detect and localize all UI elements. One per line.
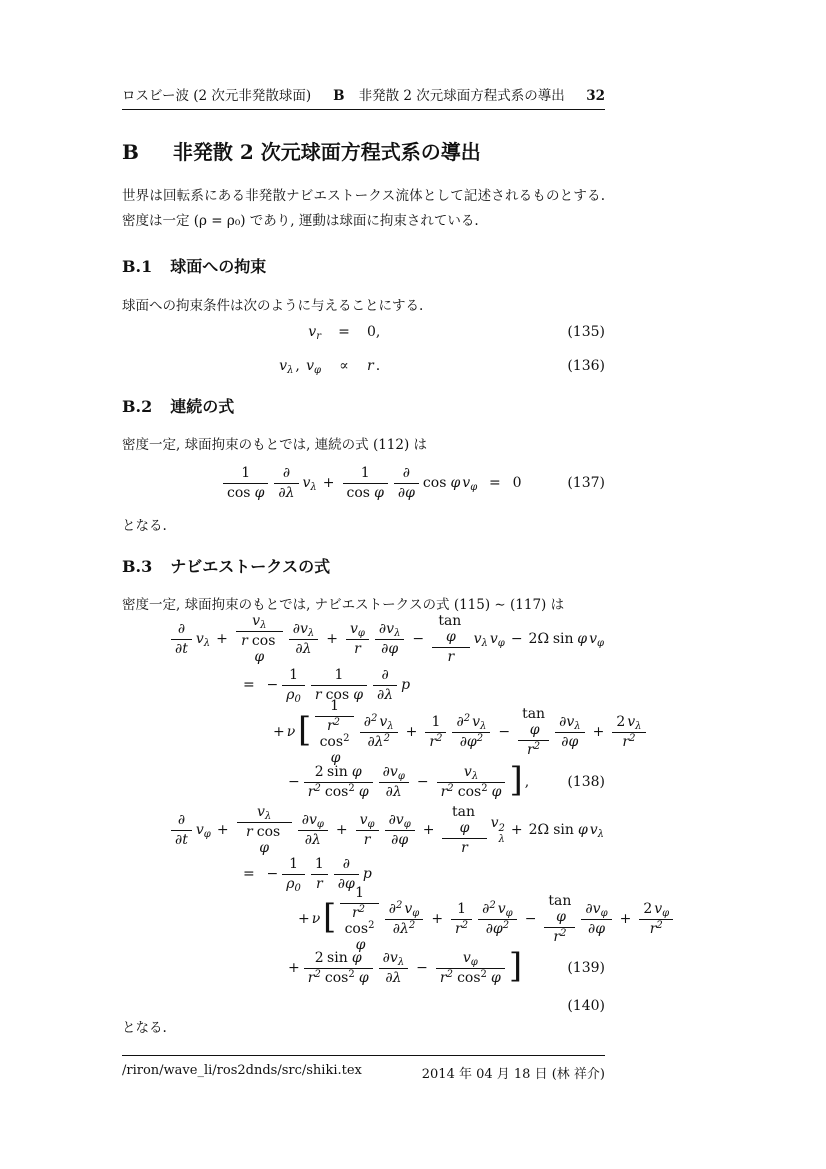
running-header-section-title: 非発散 2 次元球面方程式系の導出 [359, 88, 565, 104]
equation-137-number: (137) [567, 475, 605, 491]
equation-137: 1cosφ∂∂λvλ+1cosφ∂∂φcosφvφ=0 (137) [122, 456, 605, 510]
intro-paragraph: 世界は回転系にある非発散ナビエストークス流体として記述されるものとする. 密度は… [122, 184, 605, 234]
subsection-b3-title: ナビエストークスの式 [170, 557, 330, 576]
subsection-b1-number: B.1 [122, 257, 152, 276]
document-page: ロスビー波 (2 次元非発散球面) B非発散 2 次元球面方程式系の導出 32 … [0, 0, 826, 1169]
equation-139-number: (139) [567, 960, 605, 976]
page-number: 32 [586, 88, 605, 104]
subsection-b1-title: 球面への拘束 [170, 257, 266, 276]
equation-138-line-1-math: ∂∂tvλ+vλrcosφ∂vλ∂λ+vφr∂vλ∂φ−tanφrvλvφ−2Ω… [168, 613, 605, 665]
subsection-b1-heading: B.1球面への拘束 [122, 254, 605, 277]
equation-138-number: (138) [567, 774, 605, 790]
equation-140-number: (140) [567, 998, 605, 1014]
equation-139-line-1: ∂∂tvφ+vλrcosφ∂vφ∂λ+vφr∂vφ∂φ+tanφrv2λ+2Ωs… [122, 808, 605, 852]
running-header: ロスビー波 (2 次元非発散球面) B非発散 2 次元球面方程式系の導出 32 [122, 84, 605, 104]
subsection-b3-heading: B.3ナビエストークスの式 [122, 554, 605, 577]
footer-date-author: 2014 年 04 月 18 日 (林 祥介) [422, 1063, 605, 1082]
equation-136-lhs: vλ,vφ [122, 358, 322, 374]
equation-135-rhs: 0, [366, 324, 381, 340]
after-equation-137-text: となる. [122, 514, 605, 534]
running-header-left: ロスビー波 (2 次元非発散球面) [122, 84, 311, 104]
equation-139-line-3: +ν[1r2cos2φ∂2vφ∂λ2+1r2∂2vφ∂φ2−tanφr2∂vφ∂… [122, 896, 605, 942]
equation-135-relation: = [322, 324, 366, 340]
subsection-b3-number: B.3 [122, 557, 152, 576]
equation-138-line-3: +ν[1r2cos2φ∂2vλ∂λ2+1r2∂2vλ∂φ2−tanφr2∂vλ∂… [122, 708, 605, 756]
equation-139-line-1-math: ∂∂tvφ+vλrcosφ∂vφ∂λ+vφr∂vφ∂φ+tanφrv2λ+2Ωs… [168, 804, 605, 856]
footer-rule [122, 1055, 605, 1056]
footer: /riron/wave_li/ros2dnds/src/shiki.tex 20… [122, 1063, 605, 1082]
running-header-section-label: B [333, 88, 344, 104]
equation-139-line-4: +2sinφr2cos2φ∂vλ∂λ−vφr2cos2φ] (139) [122, 942, 605, 994]
equation-138-line-4: −2sinφr2cos2φ∂vφ∂λ−vλr2cos2φ], (138) [122, 756, 605, 808]
equation-138-line-1: ∂∂tvλ+vλrcosφ∂vλ∂λ+vφr∂vλ∂φ−tanφrvλvφ−2Ω… [122, 616, 605, 662]
subsection-b2-number: B.2 [122, 397, 152, 416]
equation-135: vr = 0, (135) [122, 316, 605, 348]
equation-138-line-4-math: −2sinφr2cos2φ∂vφ∂λ−vλr2cos2φ], [287, 764, 530, 800]
subsection-b3-paragraph: 密度一定, 球面拘束のもとでは, ナビエストークスの式 (115) ∼ (117… [122, 593, 605, 613]
running-header-section: B非発散 2 次元球面方程式系の導出 [333, 84, 565, 104]
subsection-b2-heading: B.2連続の式 [122, 394, 605, 417]
equation-140-line: (140) [122, 994, 605, 1018]
subsection-b1-paragraph: 球面への拘束条件は次のように与えることにする. [122, 294, 605, 314]
section-title: B非発散 2 次元球面方程式系の導出 [122, 136, 605, 165]
equation-135-number: (135) [567, 324, 605, 340]
header-rule [122, 109, 605, 110]
after-equation-140-text: となる. [122, 1016, 605, 1036]
section-title-text: 非発散 2 次元球面方程式系の導出 [173, 140, 481, 164]
footer-file-path: /riron/wave_li/ros2dnds/src/shiki.tex [122, 1063, 362, 1082]
section-title-label: B [122, 140, 139, 164]
subsection-b2-paragraph: 密度一定, 球面拘束のもとでは, 連続の式 (112) は [122, 433, 605, 453]
equation-136: vλ,vφ ∝ r. (136) [122, 348, 605, 384]
equation-137-body: 1cosφ∂∂λvλ+1cosφ∂∂φcosφvφ=0 [122, 465, 522, 501]
equation-135-lhs: vr [122, 324, 322, 340]
subsection-b2-title: 連続の式 [170, 397, 234, 416]
equation-138-140-block: ∂∂tvλ+vλrcosφ∂vλ∂λ+vφr∂vλ∂φ−tanφrvλvφ−2Ω… [122, 616, 605, 1018]
equation-136-number: (136) [567, 358, 605, 374]
equation-136-rhs: r. [366, 358, 381, 374]
equation-139-line-4-math: +2sinφr2cos2φ∂vλ∂λ−vφr2cos2φ] [287, 950, 523, 986]
equation-136-relation: ∝ [322, 358, 366, 374]
